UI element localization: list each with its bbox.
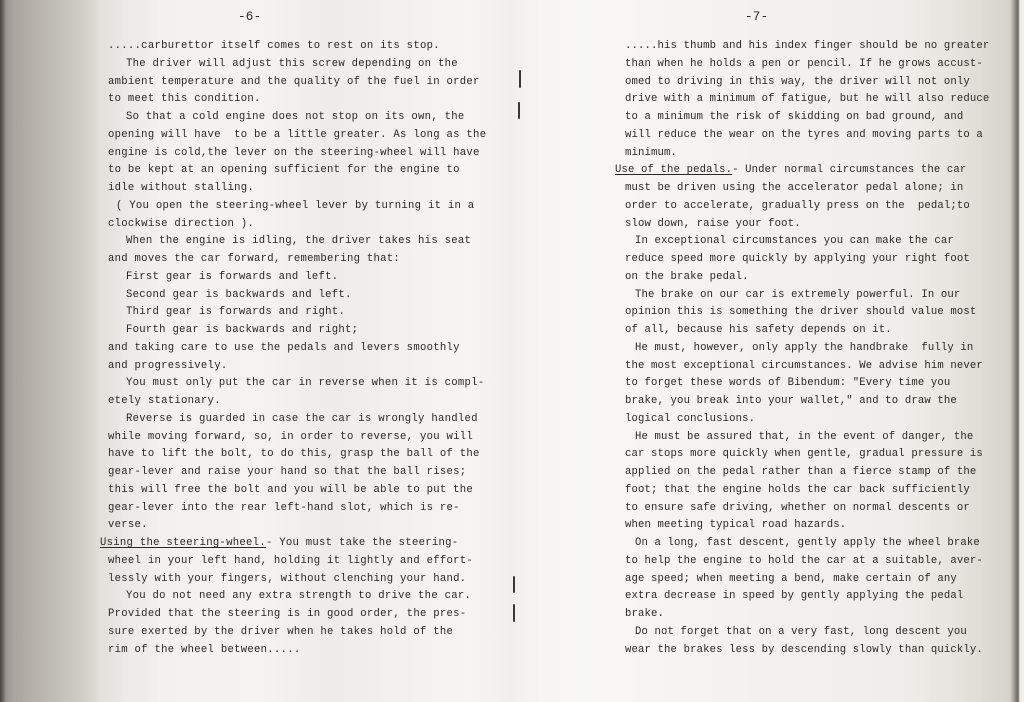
text-line: engine is cold,the lever on the steering… [108, 145, 478, 163]
text-line: slow down, raise your foot. [625, 216, 970, 234]
line-text: foot; that the engine holds the car back… [625, 484, 970, 496]
text-line: sure exerted by the driver when he takes… [108, 624, 478, 642]
line-text: engine is cold,the lever on the steering… [108, 147, 480, 159]
line-text: lessly with your fingers, without clench… [108, 573, 466, 585]
text-line: to forget these words of Bibendum: "Ever… [625, 375, 970, 393]
text-line: rim of the wheel between..... [108, 642, 478, 660]
line-text: on the brake pedal. [625, 271, 749, 283]
line-text: - You must take the steering- [266, 537, 458, 549]
text-line: minimum. [625, 145, 970, 163]
text-line: Third gear is forwards and right. [126, 304, 496, 322]
line-text: .....his thumb and his index finger shou… [625, 40, 989, 52]
line-text: gear-lever and raise your hand so that t… [108, 466, 466, 478]
text-line: opening will have to be a little greater… [108, 127, 478, 145]
line-text: must be driven using the accelerator ped… [625, 182, 963, 194]
text-line: to be kept at an opening sufficient for … [108, 162, 478, 180]
text-line: than when he holds a pen or pencil. If h… [625, 56, 970, 74]
text-line: applied on the pedal rather than a fierc… [625, 464, 970, 482]
line-text: On a long, fast descent, gently apply th… [635, 537, 980, 549]
text-line: You do not need any extra strength to dr… [126, 588, 496, 606]
right-page: -7- .....his thumb and his index finger … [615, 0, 960, 702]
binding-mark [513, 576, 515, 593]
text-line: So that a cold engine does not stop on i… [126, 109, 496, 127]
line-text: .....carburettor itself comes to rest on… [108, 40, 440, 52]
text-line: He must, however, only apply the handbra… [635, 340, 980, 358]
text-line: this will free the bolt and you will be … [108, 482, 478, 500]
line-text: to a minimum the risk of skidding on bad… [625, 111, 963, 123]
line-text: opening will have to be a little greater… [108, 129, 486, 141]
line-text: wheel in your left hand, holding it ligh… [108, 555, 473, 567]
text-line: Fourth gear is backwards and right; [126, 322, 496, 340]
line-text: applied on the pedal rather than a fierc… [625, 466, 976, 478]
line-text: to forget these words of Bibendum: "Ever… [625, 377, 950, 389]
text-line: and progressively. [108, 358, 478, 376]
text-line: omed to driving in this way, the driver … [625, 74, 970, 92]
text-line: of all, because his safety depends on it… [625, 322, 970, 340]
text-line: .....carburettor itself comes to rest on… [108, 38, 478, 56]
line-text: gear-lever into the rear left-hand slot,… [108, 502, 460, 514]
text-line: to ensure safe driving, whether on norma… [625, 500, 970, 518]
line-text: rim of the wheel between..... [108, 644, 300, 656]
text-line: wear the brakes less by descending slowl… [625, 642, 970, 660]
text-line: the most exceptional circumstances. We a… [625, 358, 970, 376]
text-line: ambient temperature and the quality of t… [108, 74, 478, 92]
line-text: brake. [625, 608, 664, 620]
line-text: ambient temperature and the quality of t… [108, 76, 480, 88]
line-text: to help the engine to hold the car at a … [625, 555, 983, 567]
text-line: to help the engine to hold the car at a … [625, 553, 970, 571]
text-line: The driver will adjust this screw depend… [126, 56, 496, 74]
text-line: have to lift the bolt, to do this, grasp… [108, 446, 478, 464]
text-line: First gear is forwards and left. [126, 269, 496, 287]
text-line: Second gear is backwards and left. [126, 287, 496, 305]
right-page-text: .....his thumb and his index finger shou… [615, 38, 960, 659]
line-text: omed to driving in this way, the driver … [625, 76, 970, 88]
text-line: and taking care to use the pedals and le… [108, 340, 478, 358]
line-text: wear the brakes less by descending slowl… [625, 644, 983, 656]
line-text: of all, because his safety depends on it… [625, 324, 892, 336]
text-line: lessly with your fingers, without clench… [108, 571, 478, 589]
text-line: Provided that the steering is in good or… [108, 606, 478, 624]
text-line: order to accelerate, gradually press on … [625, 198, 970, 216]
line-text: The driver will adjust this screw depend… [126, 58, 458, 70]
line-text: The brake on our car is extremely powerf… [635, 289, 960, 301]
text-line: age speed; when meeting a bend, make cer… [625, 571, 970, 589]
line-text: car stops more quickly when gentle, grad… [625, 448, 983, 460]
text-line: drive with a minimum of fatigue, but he … [625, 91, 970, 109]
text-line: On a long, fast descent, gently apply th… [635, 535, 980, 553]
line-text: He must, however, only apply the handbra… [635, 342, 973, 354]
line-text: In exceptional circumstances you can mak… [635, 235, 954, 247]
line-text: to be kept at an opening sufficient for … [108, 164, 460, 176]
text-line: clockwise direction ). [108, 216, 478, 234]
line-text: clockwise direction ). [108, 218, 254, 230]
text-line: on the brake pedal. [625, 269, 970, 287]
text-line: Do not forget that on a very fast, long … [635, 624, 980, 642]
text-line: extra decrease in speed by gently applyi… [625, 588, 970, 606]
line-text: order to accelerate, gradually press on … [625, 200, 970, 212]
line-text: Second gear is backwards and left. [126, 289, 352, 301]
line-text: You do not need any extra strength to dr… [126, 590, 471, 602]
section-heading-line: Using the steering-wheel.- You must take… [100, 535, 470, 553]
line-text: reduce speed more quickly by applying yo… [625, 253, 970, 265]
text-line: while moving forward, so, in order to re… [108, 429, 478, 447]
line-text: Third gear is forwards and right. [126, 306, 345, 318]
line-text: opinion this is something the driver sho… [625, 306, 976, 318]
text-line: brake. [625, 606, 970, 624]
binding-mark [519, 70, 521, 88]
line-text: verse. [108, 519, 148, 531]
text-line: .....his thumb and his index finger shou… [625, 38, 970, 56]
line-text: Provided that the steering is in good or… [108, 608, 466, 620]
text-line: gear-lever and raise your hand so that t… [108, 464, 478, 482]
line-text: logical conclusions. [625, 413, 755, 425]
line-text: Fourth gear is backwards and right; [126, 324, 358, 336]
line-text: etely stationary. [108, 395, 221, 407]
line-text: idle without stalling. [108, 182, 254, 194]
left-page: -6- .....carburettor itself comes to res… [108, 0, 478, 702]
line-text: drive with a minimum of fatigue, but he … [625, 93, 989, 105]
text-line: verse. [108, 517, 478, 535]
line-text: the most exceptional circumstances. We a… [625, 360, 983, 372]
line-text: to meet this condition. [108, 93, 261, 105]
text-line: to a minimum the risk of skidding on bad… [625, 109, 970, 127]
line-text: while moving forward, so, in order to re… [108, 431, 473, 443]
line-text: slow down, raise your foot. [625, 218, 801, 230]
line-text: brake, you break into your wallet," and … [625, 395, 957, 407]
text-line: In exceptional circumstances you can mak… [635, 233, 980, 251]
text-line: etely stationary. [108, 393, 478, 411]
line-text: and taking care to use the pedals and le… [108, 342, 460, 354]
text-line: to meet this condition. [108, 91, 478, 109]
line-text: Reverse is guarded in case the car is wr… [126, 413, 478, 425]
text-line: idle without stalling. [108, 180, 478, 198]
section-heading: Use of the pedals. [615, 164, 732, 176]
line-text: minimum. [625, 147, 677, 159]
text-line: and moves the car forward, remembering t… [108, 251, 478, 269]
line-text: You must only put the car in reverse whe… [126, 377, 484, 389]
section-heading: Using the steering-wheel. [100, 537, 266, 549]
text-line: You must only put the car in reverse whe… [126, 375, 496, 393]
text-line: car stops more quickly when gentle, grad… [625, 446, 970, 464]
text-line: gear-lever into the rear left-hand slot,… [108, 500, 478, 518]
line-text: First gear is forwards and left. [126, 271, 338, 283]
binding-mark [513, 604, 515, 622]
binding-mark [518, 102, 520, 119]
line-text: and progressively. [108, 360, 227, 372]
line-text: have to lift the bolt, to do this, grasp… [108, 448, 480, 460]
text-line: brake, you break into your wallet," and … [625, 393, 970, 411]
line-text: than when he holds a pen or pencil. If h… [625, 58, 983, 70]
text-line: He must be assured that, in the event of… [635, 429, 980, 447]
line-text: sure exerted by the driver when he takes… [108, 626, 453, 638]
text-line: The brake on our car is extremely powerf… [635, 287, 980, 305]
text-line: reduce speed more quickly by applying yo… [625, 251, 970, 269]
text-line: ( You open the steering-wheel lever by t… [116, 198, 486, 216]
text-line: opinion this is something the driver sho… [625, 304, 970, 322]
text-line: logical conclusions. [625, 411, 970, 429]
line-text: ( You open the steering-wheel lever by t… [116, 200, 474, 212]
line-text: He must be assured that, in the event of… [635, 431, 973, 443]
line-text: when meeting typical road hazards. [625, 519, 846, 531]
page-number: -6- [238, 10, 261, 24]
text-line: when meeting typical road hazards. [625, 517, 970, 535]
line-text: When the engine is idling, the driver ta… [126, 235, 471, 247]
text-line: Reverse is guarded in case the car is wr… [126, 411, 496, 429]
page-number: -7- [745, 10, 768, 24]
line-text: age speed; when meeting a bend, make cer… [625, 573, 957, 585]
line-text: - Under normal circumstances the car [732, 164, 966, 176]
section-heading-line: Use of the pedals.- Under normal circums… [615, 162, 960, 180]
line-text: Do not forget that on a very fast, long … [635, 626, 967, 638]
text-line: foot; that the engine holds the car back… [625, 482, 970, 500]
line-text: this will free the bolt and you will be … [108, 484, 473, 496]
line-text: So that a cold engine does not stop on i… [126, 111, 465, 123]
line-text: to ensure safe driving, whether on norma… [625, 502, 970, 514]
line-text: will reduce the wear on the tyres and mo… [625, 129, 983, 141]
left-page-text: .....carburettor itself comes to rest on… [108, 38, 478, 659]
text-line: When the engine is idling, the driver ta… [126, 233, 496, 251]
text-line: wheel in your left hand, holding it ligh… [108, 553, 478, 571]
line-text: and moves the car forward, remembering t… [108, 253, 400, 265]
text-line: will reduce the wear on the tyres and mo… [625, 127, 970, 145]
text-line: must be driven using the accelerator ped… [625, 180, 970, 198]
line-text: extra decrease in speed by gently applyi… [625, 590, 963, 602]
